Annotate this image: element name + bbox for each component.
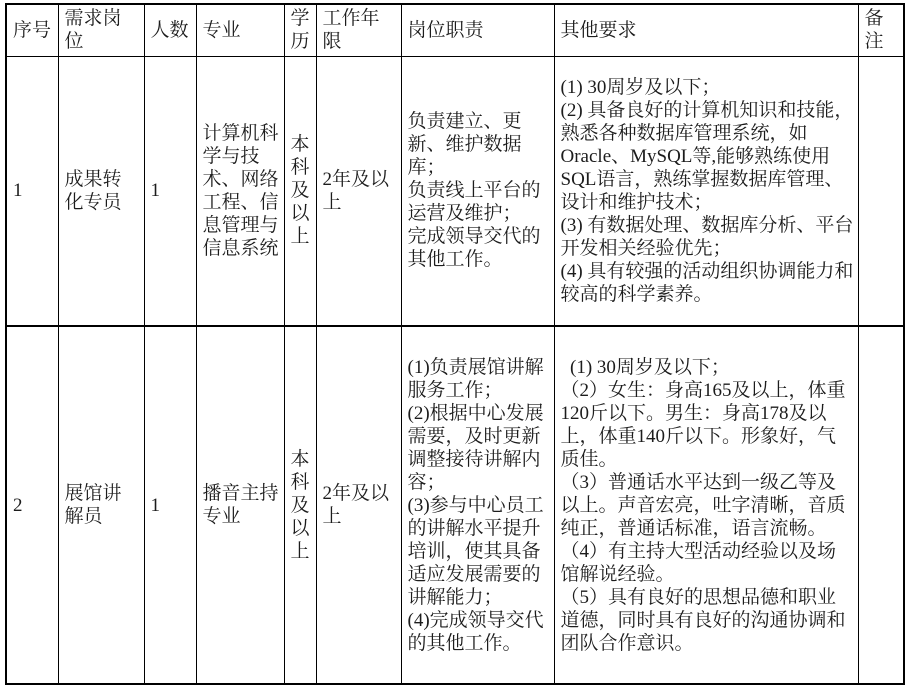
cell-remark bbox=[858, 56, 904, 326]
header-remark: 备注 bbox=[858, 4, 904, 56]
cell-count: 1 bbox=[144, 56, 196, 326]
recruitment-table-page: 序号 需求岗位 人数 专业 学历 工作年限 岗位职责 其他要求 备注 1 成果转… bbox=[0, 0, 912, 693]
header-education: 学历 bbox=[284, 4, 316, 56]
cell-education: 本科及以上 bbox=[284, 56, 316, 326]
cell-major: 计算机科学与技术、网络工程、信息管理与信息系统 bbox=[196, 56, 284, 326]
header-position: 需求岗位 bbox=[58, 4, 144, 56]
cell-requirements: (1) 30周岁及以下； （2）女生：身高165及以上，体重120斤以下。男生：… bbox=[554, 326, 858, 684]
cell-experience: 2年及以上 bbox=[316, 326, 401, 684]
table-row: 1 成果转化专员 1 计算机科学与技术、网络工程、信息管理与信息系统 本科及以上… bbox=[6, 56, 904, 326]
cell-major: 播音主持专业 bbox=[196, 326, 284, 684]
header-duties: 岗位职责 bbox=[401, 4, 554, 56]
recruitment-table: 序号 需求岗位 人数 专业 学历 工作年限 岗位职责 其他要求 备注 1 成果转… bbox=[5, 3, 905, 685]
cell-experience: 2年及以上 bbox=[316, 56, 401, 326]
cell-remark bbox=[858, 326, 904, 684]
cell-education: 本科及以上 bbox=[284, 326, 316, 684]
cell-duties: 负责建立、更新、维护数据库； 负责线上平台的运营及维护； 完成领导交代的其他工作… bbox=[401, 56, 554, 326]
header-major: 专业 bbox=[196, 4, 284, 56]
cell-requirements: (1) 30周岁及以下； (2) 具备良好的计算机知识和技能，熟悉各种数据库管理… bbox=[554, 56, 858, 326]
cell-position: 成果转化专员 bbox=[58, 56, 144, 326]
cell-seq: 1 bbox=[6, 56, 58, 326]
cell-count: 1 bbox=[144, 326, 196, 684]
header-seq: 序号 bbox=[6, 4, 58, 56]
header-requirements: 其他要求 bbox=[554, 4, 858, 56]
table-row: 2 展馆讲解员 1 播音主持专业 本科及以上 2年及以上 (1)负责展馆讲解服务… bbox=[6, 326, 904, 684]
cell-position: 展馆讲解员 bbox=[58, 326, 144, 684]
header-count: 人数 bbox=[144, 4, 196, 56]
header-experience: 工作年限 bbox=[316, 4, 401, 56]
cell-seq: 2 bbox=[6, 326, 58, 684]
header-row: 序号 需求岗位 人数 专业 学历 工作年限 岗位职责 其他要求 备注 bbox=[6, 4, 904, 56]
cell-duties: (1)负责展馆讲解服务工作； (2)根据中心发展需要，及时更新调整接待讲解内容；… bbox=[401, 326, 554, 684]
